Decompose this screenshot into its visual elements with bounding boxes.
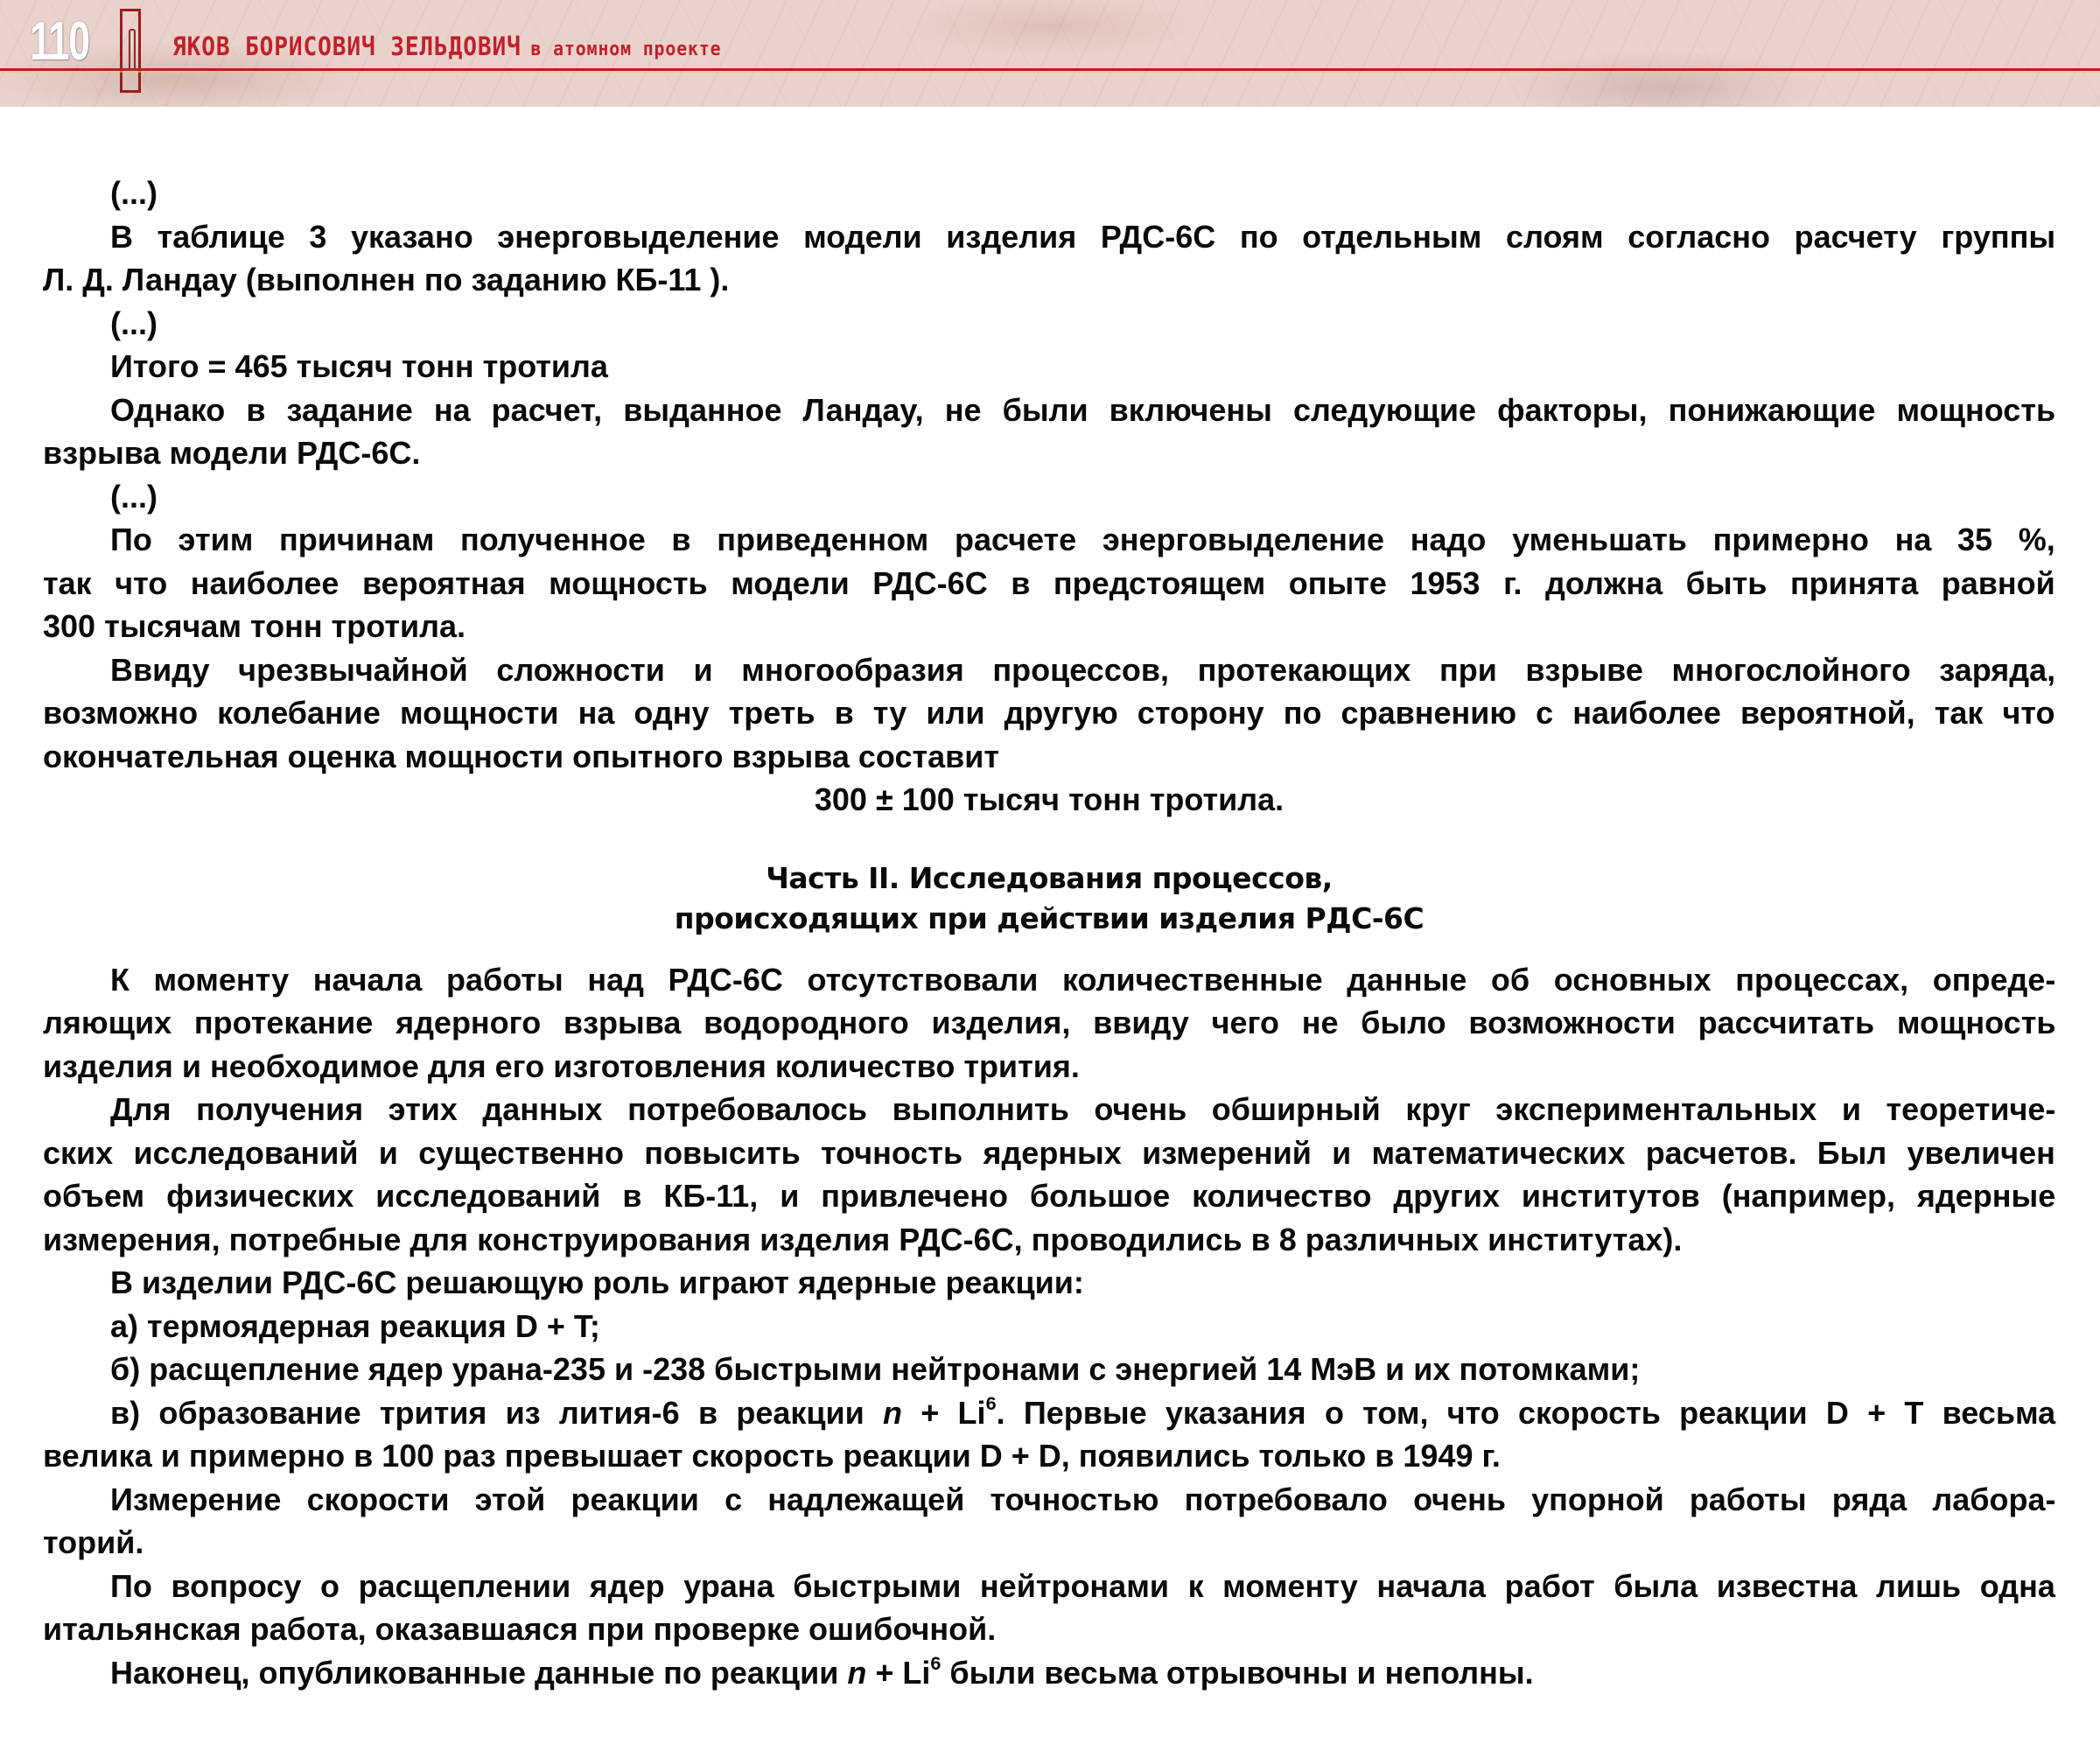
text-line: (...) bbox=[43, 302, 2055, 346]
text-line: окончательная оценка мощности опытного в… bbox=[43, 735, 2055, 779]
running-title: ЯКОВ БОРИСОВИЧ ЗЕЛЬДОВИЧв атомном проект… bbox=[172, 32, 721, 61]
section-heading: Часть II. Исследования процессов, происх… bbox=[43, 858, 2055, 939]
text-line: В таблице 3 указано энерговыделение моде… bbox=[43, 215, 2055, 259]
section-part1: (...)В таблице 3 указано энерговыделение… bbox=[43, 172, 2055, 778]
text-line: Итого = 465 тысяч тонн тротила bbox=[43, 345, 2055, 389]
text-line: По этим причинам полученное в приведенно… bbox=[43, 518, 2055, 562]
text-line: взрыва модели РДС-6С. bbox=[43, 431, 2055, 475]
running-header: 110 ЯКОВ БОРИСОВИЧ ЗЕЛЬДОВИЧв атомном пр… bbox=[0, 0, 2100, 107]
logo-glyph bbox=[129, 29, 136, 71]
heading-line-2: происходящих при действии изделия РДС-6С bbox=[43, 899, 2055, 939]
text-line: В изделии РДС-6С решающую роль играют яд… bbox=[43, 1261, 2055, 1305]
text-line: По вопросу о расщеплении ядер урана быст… bbox=[43, 1565, 2055, 1608]
text-line: итальянская работа, оказавшаяся при пров… bbox=[43, 1607, 2055, 1651]
text-line: Измерение скорости этой реакции с надлеж… bbox=[43, 1478, 2055, 1522]
text-line: Л. Д. Ландау (выполнен по заданию КБ-11 … bbox=[43, 258, 2055, 302]
section-part2: К моменту начала работы над РДС-6С отсут… bbox=[43, 958, 2055, 1695]
superscript: 6 bbox=[986, 1391, 997, 1413]
text-line: б) расщепление ядер урана-235 и -238 быс… bbox=[43, 1348, 2055, 1391]
text-line: изделия и необходимое для его изготовлен… bbox=[43, 1045, 2055, 1089]
text-line: Однако в задание на расчет, выданное Лан… bbox=[43, 389, 2055, 432]
text-line: объем физических исследований в КБ-11, и… bbox=[43, 1174, 2055, 1218]
yield-estimate: 300 ± 100 тысяч тонн тротила. bbox=[43, 778, 2055, 822]
text-line: измерения, потребные для конструирования… bbox=[43, 1218, 2055, 1262]
text-line: (...) bbox=[43, 475, 2055, 519]
superscript: 6 bbox=[930, 1651, 941, 1673]
page-body: (...)В таблице 3 указано энерговыделение… bbox=[43, 172, 2055, 1694]
text-line: К моменту начала работы над РДС-6С отсут… bbox=[43, 958, 2055, 1002]
text-line: Наконец, опубликованные данные по реакци… bbox=[43, 1651, 2055, 1695]
italic-symbol: n bbox=[883, 1395, 902, 1431]
text-line: Ввиду чрезвычайной сложности и многообра… bbox=[43, 648, 2055, 692]
page-number: 110 bbox=[30, 11, 89, 73]
text-line: в) образование трития из лития-6 в реакц… bbox=[43, 1391, 2055, 1435]
italic-symbol: n bbox=[847, 1655, 866, 1691]
book-logo-icon bbox=[120, 9, 141, 93]
text-line: 300 тысячам тонн тротила. bbox=[43, 605, 2055, 648]
text-line: ских исследований и существенно повысить… bbox=[43, 1131, 2055, 1175]
text-line: велика и примерно в 100 раз превышает ск… bbox=[43, 1434, 2055, 1478]
text-line: так что наиболее вероятная мощность моде… bbox=[43, 562, 2055, 606]
text-line: Для получения этих данных потребовалось … bbox=[43, 1088, 2055, 1131]
header-rule bbox=[0, 68, 2100, 71]
running-title-main: ЯКОВ БОРИСОВИЧ ЗЕЛЬДОВИЧ bbox=[172, 32, 521, 61]
text-line: а) термоядерная реакция D + T; bbox=[43, 1305, 2055, 1348]
text-line: ляющих протекание ядерного взрыва водоро… bbox=[43, 1001, 2055, 1045]
text-line: (...) bbox=[43, 172, 2055, 215]
running-title-sub: в атомном проекте bbox=[531, 39, 722, 60]
text-line: торий. bbox=[43, 1521, 2055, 1565]
heading-line-1: Часть II. Исследования процессов, bbox=[43, 858, 2055, 899]
text-line: возможно колебание мощности на одну трет… bbox=[43, 691, 2055, 735]
